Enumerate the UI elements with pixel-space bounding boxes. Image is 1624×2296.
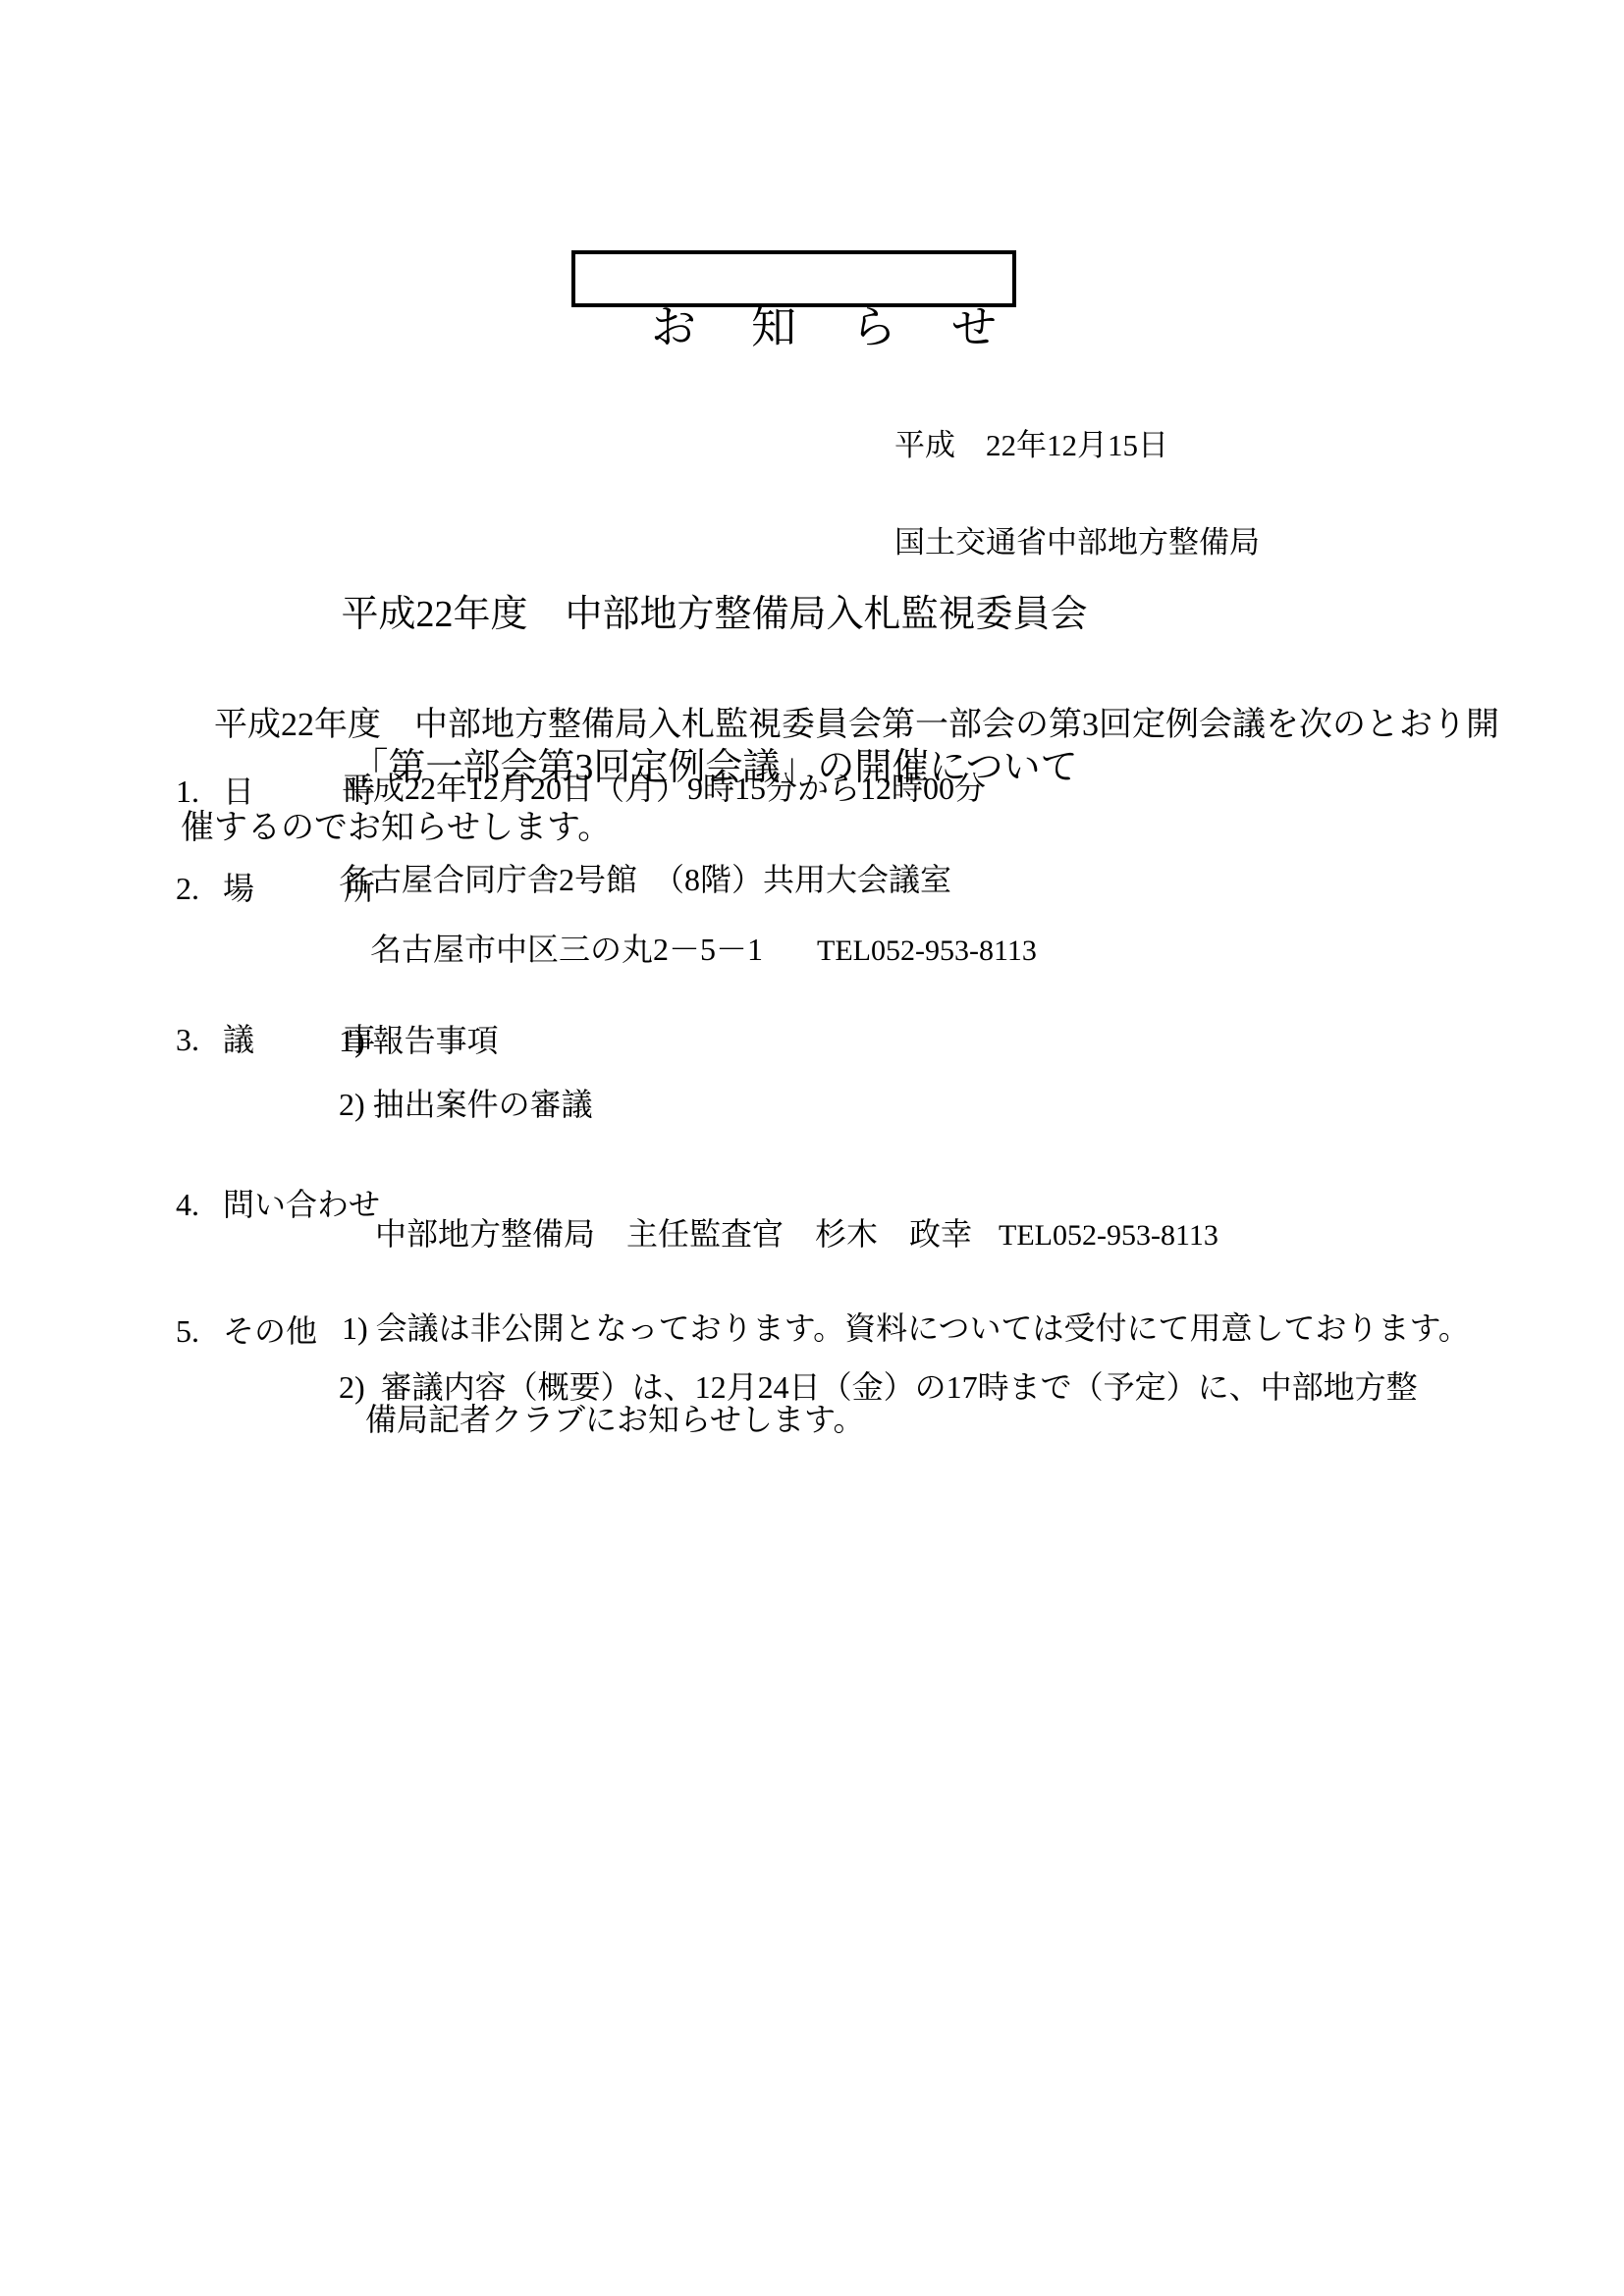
note-2-line1: 2) 審議内容（概要）は、12月24日（金）の17時まで（予定）に、中部地方整 [339,1369,1418,1405]
venue-tel: TEL052-953-8113 [817,934,1037,967]
notice-title-box: お 知 ら せ [571,250,1016,307]
agenda-item-2: 2) 抽出案件の審議 [339,1087,593,1122]
intro-line1: 平成22年度 中部地方整備局入札監視委員会第一部会の第3回定例会議を次のとおり開 [181,708,1499,742]
section-1-number: 1. [176,774,223,809]
section-4-contact-row: 中部地方整備局 主任監査官 杉木 政幸TEL052-953-8113 [344,1181,1218,1289]
note-1: 1) 会議は非公開となっております。資料については受付にて用意しております。 [342,1310,1470,1346]
section-2-venue-name: 名古屋合同庁舎2号館 （8階）共用大会議室 [339,862,951,897]
section-5-number: 5. [176,1313,223,1349]
notice-title: お 知 ら せ [651,302,1001,352]
heading-line1: 平成22年度 中部地方整備局入札監視委員会 [334,589,1095,640]
section-4-number: 4. [176,1187,223,1222]
section-3-number: 3. [176,1022,223,1057]
contact-tel: TEL052-953-8113 [999,1219,1218,1252]
section-2-venue-address-row: 名古屋市中区三の丸2－5－1TEL052-953-8113 [339,896,1037,1004]
contact-person: 中部地方整備局 主任監査官 杉木 政幸 [375,1216,972,1252]
section-5-label: その他 [223,1313,317,1349]
section-5-heading: 5.その他 [144,1278,317,1384]
issue-date: 平成 22年12月15日 [894,429,1260,461]
note-2-line2: 備局記者クラブにお知らせします。 [365,1402,864,1437]
notice-document: お 知 ら せ 平成 22年12月15日 国土交通省中部地方整備局 平成22年度… [0,0,1624,2296]
venue-address: 名古屋市中区三の丸2－5－1 [370,932,763,967]
section-1-datetime: 平成22年12月20日（月）9時15分から12時00分 [342,771,986,806]
agenda-item-1: 1) 報告事項 [339,1023,499,1058]
section-2-number: 2. [176,871,223,906]
